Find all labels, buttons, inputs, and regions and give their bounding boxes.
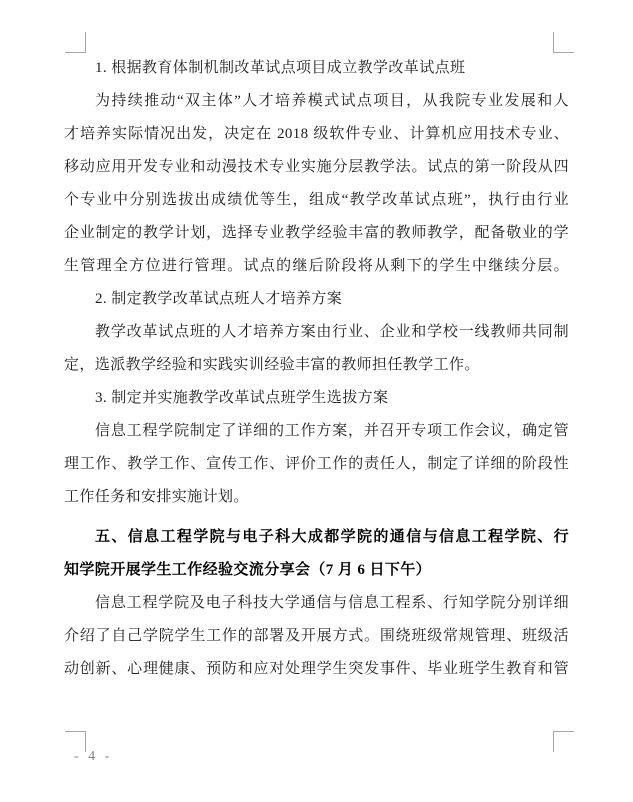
paragraph-line: 移动应用开发专业和动漫技术专业实施分层教学法。试点的第一阶段从四 — [64, 151, 569, 184]
page-number: - 4 - — [74, 747, 112, 767]
document-body: 1. 根据教育体制机制改革试点项目成立教学改革试点班 为持续推动“双主体”人才培… — [64, 52, 569, 686]
paragraph-line: 信息工程学院及电子科技大学通信与信息工程系、行知学院分别详细 — [64, 587, 569, 620]
paragraph-line: 教学改革试点班的人才培养方案由行业、企业和学校一线教师共同制 — [64, 316, 569, 349]
crop-mark-top-right-icon — [553, 32, 574, 53]
paragraph-line: 信息工程学院制定了详细的工作方案，并召开专项工作会议，确定管 — [64, 415, 569, 448]
paragraph-line: 为持续推动“双主体”人才培养模式试点项目，从我院专业发展和人 — [64, 85, 569, 118]
paragraph-line: 介绍了自己学院学生工作的部署及开展方式。围绕班级常规管理、班级活 — [64, 620, 569, 653]
paragraph-line: 生管理全方位进行管理。试点的继后阶段将从剩下的学生中继续分层。 — [64, 250, 569, 283]
paragraph-line: 个专业中分别选拔出成绩优等生，组成“教学改革试点班”，执行由行业 — [64, 184, 569, 217]
subitem-1-heading: 1. 根据教育体制机制改革试点项目成立教学改革试点班 — [64, 52, 569, 85]
section-5-heading-line: 知学院开展学生工作经验交流分享会（7 月 6 日下午） — [64, 554, 569, 587]
section-5-heading-line: 五、信息工程学院与电子科大成都学院的通信与信息工程学院、行 — [64, 521, 569, 554]
paragraph-line: 理工作、教学工作、宣传工作、评价工作的责任人，制定了详细的阶段性 — [64, 448, 569, 481]
paragraph-line: 企业制定的教学计划，选择专业教学经验丰富的教师教学，配备敬业的学 — [64, 217, 569, 250]
subitem-3-heading: 3. 制定并实施教学改革试点班学生选拔方案 — [64, 382, 569, 415]
subitem-2-heading: 2. 制定教学改革试点班人才培养方案 — [64, 283, 569, 316]
paragraph-line: 才培养实际情况出发，决定在 2018 级软件专业、计算机应用技术专业、 — [64, 118, 569, 151]
document-page: 1. 根据教育体制机制改革试点项目成立教学改革试点班 为持续推动“双主体”人才培… — [0, 0, 633, 802]
paragraph-line: 定，选派教学经验和实践实训经验丰富的教师担任教学工作。 — [64, 349, 569, 382]
crop-mark-bottom-right-icon — [553, 731, 574, 752]
paragraph-line: 动创新、心理健康、预防和应对处理学生突发事件、毕业班学生教育和管 — [64, 653, 569, 686]
crop-mark-top-left-icon — [65, 32, 86, 53]
paragraph-line: 工作任务和安排实施计划。 — [64, 481, 569, 514]
